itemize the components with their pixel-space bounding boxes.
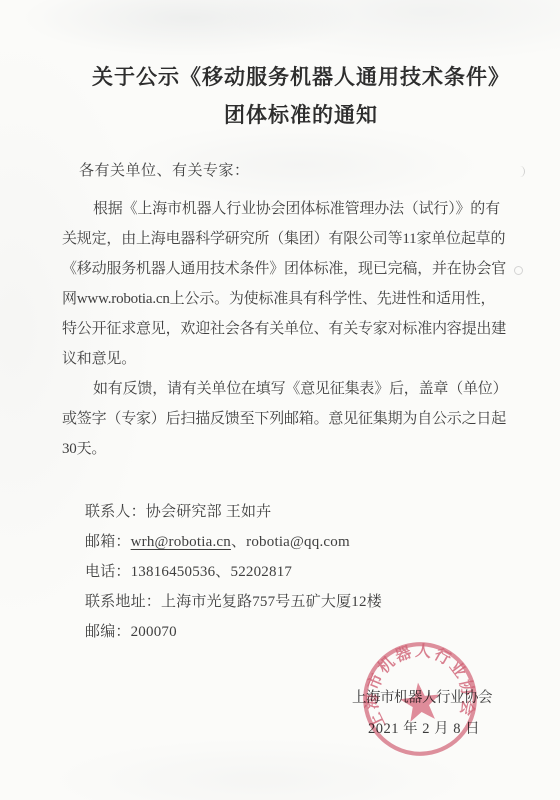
paragraph-line: 如有反馈，请有关单位在填写《意见征集表》后，盖章（单位）	[62, 378, 522, 408]
paragraph-line: 《移动服务机器人通用技术条件》团体标准，现已完稿，并在协会官	[62, 258, 522, 288]
paragraph-line: 网www.robotia.cn上公示。为使标准具有科学性、先进性和适用性，	[62, 288, 522, 318]
contact-block: 联系人：协会研究部 王如卉 邮箱：wrh@robotia.cn、robotia@…	[85, 501, 382, 651]
official-seal: 上海市机器人行业协会	[353, 632, 487, 766]
contact-email-label: 邮箱：	[85, 534, 131, 550]
contact-person: 联系人：协会研究部 王如卉	[85, 501, 382, 531]
paragraph-2: 如有反馈，请有关单位在填写《意见征集表》后，盖章（单位） 或签字（专家）后扫描反…	[62, 378, 522, 468]
paragraph-line: 根据《上海市机器人行业协会团体标准管理办法（试行）》的有	[62, 198, 522, 228]
paragraph-line: 特公开征求意见，欢迎社会各有关单位、有关专家对标准内容提出建	[62, 318, 522, 348]
paragraph-line: 30天。	[62, 438, 522, 468]
paragraph-line: 议和意见。	[62, 348, 522, 378]
paragraph-line: 关规定，由上海电器科学研究所（集团）有限公司等11家单位起草的	[62, 228, 522, 258]
contact-email-secondary: 、robotia@qq.com	[231, 534, 350, 550]
salutation: 各有关单位、有关专家：	[79, 159, 250, 180]
contact-email: 邮箱：wrh@robotia.cn、robotia@qq.com	[85, 531, 382, 561]
title-line-2: 团体标准的通知	[42, 96, 560, 134]
title-line-1: 关于公示《移动服务机器人通用技术条件》	[42, 58, 560, 96]
seal-graphic: 上海市机器人行业协会	[353, 632, 487, 766]
paragraph-line: 或签字（专家）后扫描反馈至下列邮箱。意见征集期为自公示之日起	[62, 408, 522, 438]
notice-title: 关于公示《移动服务机器人通用技术条件》 团体标准的通知	[0, 58, 560, 134]
email-link: wrh@robotia.cn	[131, 534, 231, 550]
contact-phone: 电话：13816450536、52202817	[85, 561, 382, 591]
seal-star-icon	[398, 680, 442, 723]
scan-speck	[517, 166, 525, 177]
document-page: 关于公示《移动服务机器人通用技术条件》 团体标准的通知 各有关单位、有关专家： …	[0, 0, 560, 800]
contact-postcode: 邮编：200070	[85, 621, 382, 651]
paragraph-1: 根据《上海市机器人行业协会团体标准管理办法（试行）》的有 关规定，由上海电器科学…	[62, 198, 522, 378]
contact-address: 联系地址：上海市光复路757号五矿大厦12楼	[85, 591, 382, 621]
